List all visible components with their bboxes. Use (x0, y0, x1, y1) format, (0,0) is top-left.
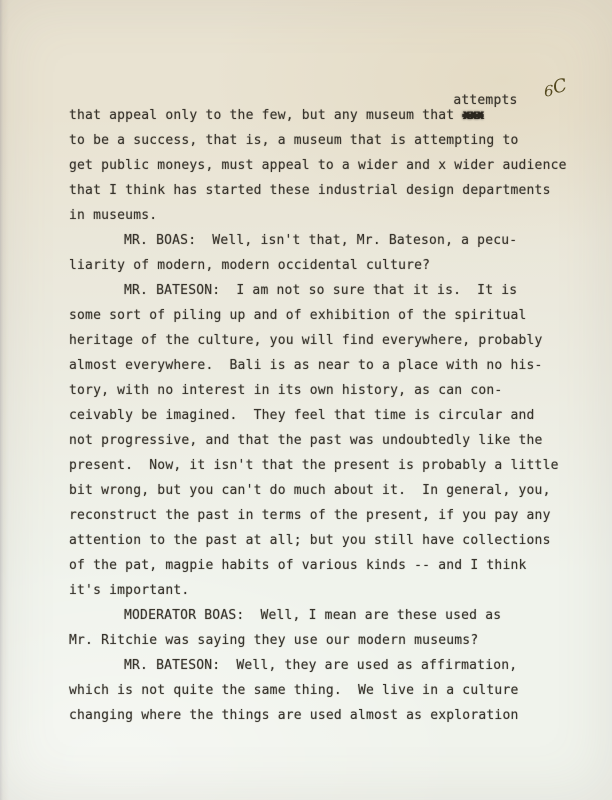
text-line: not progressive, and that the past was u… (69, 428, 582, 453)
text-line: it's important. (69, 578, 582, 603)
text-line: some sort of piling up and of exhibition… (69, 303, 582, 328)
text-line: almost everywhere. Bali is as near to a … (69, 353, 582, 378)
text-line: in museums. (69, 203, 582, 228)
scanned-document-page: 6C that appeal only to the few, but any … (0, 0, 612, 800)
text-line: of the pat, magpie habits of various kin… (69, 553, 582, 578)
text-line: attention to the past at all; but you st… (69, 528, 582, 553)
text-line: get public moneys, must appeal to a wide… (69, 153, 582, 178)
text-line: MR. BOAS: Well, isn't that, Mr. Bateson,… (69, 228, 582, 253)
text-line: that appeal only to the few, but any mus… (69, 103, 582, 128)
text-line: present. Now, it isn't that the present … (69, 453, 582, 478)
text-line: ceivably be imagined. They feel that tim… (69, 403, 582, 428)
text-line: which is not quite the same thing. We li… (69, 678, 582, 703)
text-line: bit wrong, but you can't do much about i… (69, 478, 582, 503)
text-line: MODERATOR BOAS: Well, I mean are these u… (69, 603, 582, 628)
text-line: that I think has started these industria… (69, 178, 582, 203)
inserted-word: attempts (453, 88, 517, 113)
text-line: liarity of modern, modern occidental cul… (69, 253, 582, 278)
text-line: MR. BATESON: I am not so sure that it is… (69, 278, 582, 303)
line-text: that appeal only to the few, but any mus… (69, 108, 462, 123)
text-line: heritage of the culture, you will find e… (69, 328, 582, 353)
text-line: to be a success, that is, a museum that … (69, 128, 582, 153)
document-text: that appeal only to the few, but any mus… (69, 103, 582, 728)
page-number-annotation: 6C (544, 80, 568, 101)
document-lines: that appeal only to the few, but any mus… (69, 103, 582, 728)
text-line: tory, with no interest in its own histor… (69, 378, 582, 403)
text-line: changing where the things are used almos… (69, 703, 582, 728)
text-line: MR. BATESON: Well, they are used as affi… (69, 653, 582, 678)
text-line: Mr. Ritchie was saying they use our mode… (69, 628, 582, 653)
text-line: reconstruct the past in terms of the pre… (69, 503, 582, 528)
typed-correction: xxxattempts (462, 103, 482, 128)
